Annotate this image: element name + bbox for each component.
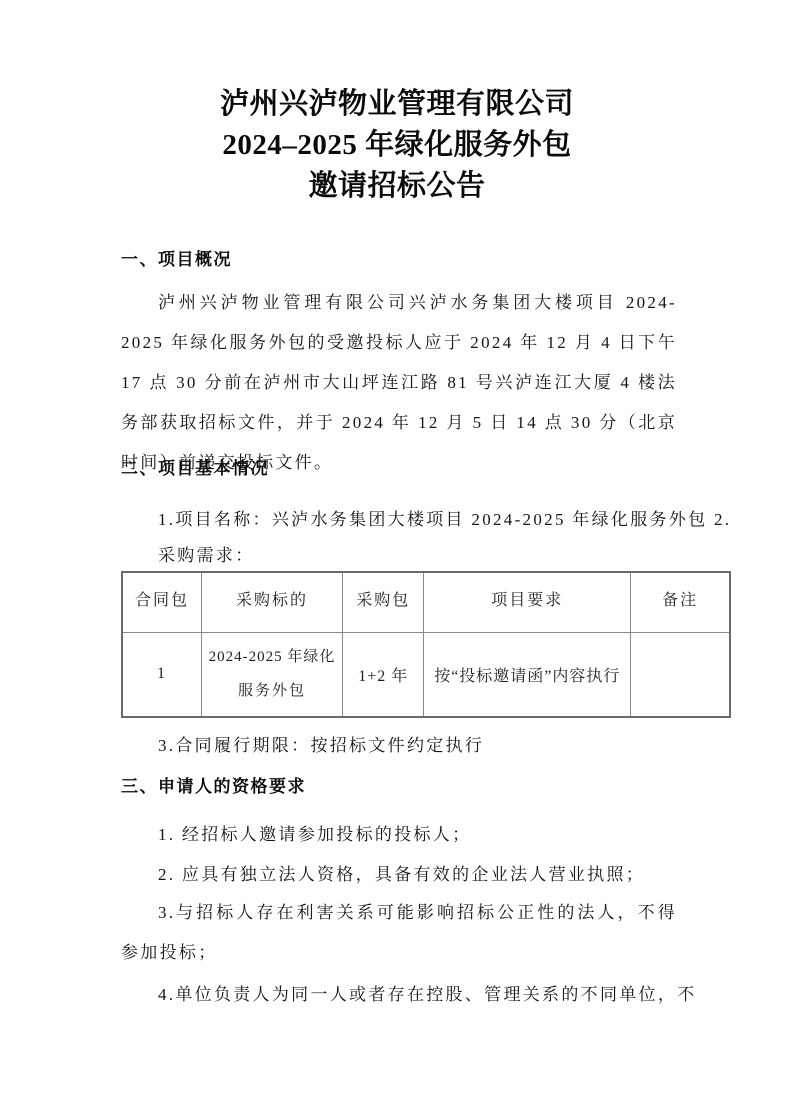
procurement-needs-label: 采购需求： xyxy=(158,545,255,567)
cell-contract-package: 1 xyxy=(122,632,201,717)
procurement-table: 合同包 采购标的 采购包 项目要求 备注 1 2024-2025 年绿化 服务外… xyxy=(121,571,731,718)
qualification-item-3: 3.与招标人存在利害关系可能影响招标公正性的法人，不得参加投标； xyxy=(121,893,677,973)
header-requirement: 项目要求 xyxy=(424,572,631,632)
qualification-item-2: 2. 应具有独立法人资格，具备有效的企业法人营业执照； xyxy=(158,864,645,886)
section-heading-overview: 一、项目概况 xyxy=(121,249,232,271)
cell-purchase-package: 1+2 年 xyxy=(343,632,424,717)
cell-remark xyxy=(631,632,730,717)
contract-period-item: 3.合同履行期限：按招标文件约定执行 xyxy=(158,735,484,757)
cell-subject-line2: 服务外包 xyxy=(202,674,342,708)
qualification-item-1: 1. 经招标人邀请参加投标的投标人； xyxy=(158,824,471,846)
header-subject: 采购标的 xyxy=(201,572,342,632)
title-line-company: 泸州兴泸物业管理有限公司 xyxy=(0,84,794,125)
cell-subject-line1: 2024-2025 年绿化 xyxy=(202,640,342,674)
cell-requirement: 按“投标邀请函”内容执行 xyxy=(424,632,631,717)
qualification-item-4: 4.单位负责人为同一人或者存在控股、管理关系的不同单位，不 xyxy=(158,984,696,1006)
project-name-item: 1.项目名称：兴泸水务集团大楼项目 2024-2025 年绿化服务外包 2. xyxy=(158,509,731,531)
document-page: 泸州兴泸物业管理有限公司 2024–2025 年绿化服务外包 邀请招标公告 一、… xyxy=(0,0,794,1108)
table-header-row: 合同包 采购标的 采购包 项目要求 备注 xyxy=(122,572,730,632)
table-row: 1 2024-2025 年绿化 服务外包 1+2 年 按“投标邀请函”内容执行 xyxy=(122,632,730,717)
header-contract-package: 合同包 xyxy=(122,572,201,632)
header-remark: 备注 xyxy=(631,572,730,632)
cell-subject: 2024-2025 年绿化 服务外包 xyxy=(201,632,342,717)
title-line-project: 2024–2025 年绿化服务外包 xyxy=(0,125,794,166)
section-heading-basic-info: 二、项目基本情况 xyxy=(121,458,269,480)
section-heading-qualifications: 三、申请人的资格要求 xyxy=(121,776,306,798)
overview-paragraph: 泸州兴泸物业管理有限公司兴泸水务集团大楼项目 2024-2025 年绿化服务外包… xyxy=(121,283,677,483)
title-line-notice: 邀请招标公告 xyxy=(0,166,794,207)
document-title: 泸州兴泸物业管理有限公司 2024–2025 年绿化服务外包 邀请招标公告 xyxy=(0,84,794,207)
header-purchase-package: 采购包 xyxy=(343,572,424,632)
